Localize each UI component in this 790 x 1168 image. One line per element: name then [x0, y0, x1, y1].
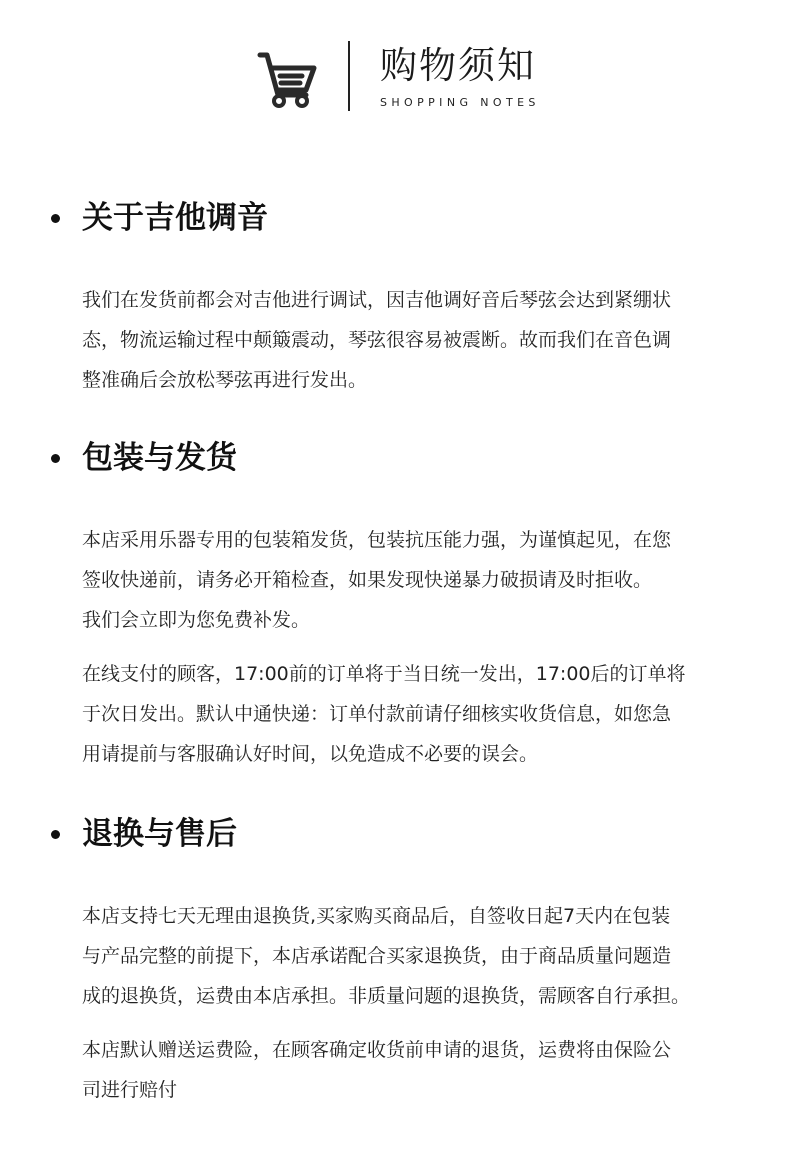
page-header: 购物须知 SHOPPING NOTES	[256, 40, 540, 112]
shopping-notes-page: 购物须知 SHOPPING NOTES 关于吉他调音 我们在发货前都会对吉他进行…	[0, 0, 790, 1168]
paragraph-line: 成的退换货，运费由本店承担。非质量问题的退换货，需顾客自行承担。	[82, 976, 750, 1016]
paragraph: 本店支持七天无理由退换货,买家购买商品后，自签收日起7天内在包装 与产品完整的前…	[0, 896, 790, 1016]
paragraph-line: 态，物流运输过程中颠簸震动，琴弦很容易被震断。故而我们在音色调	[82, 320, 750, 360]
section-heading-text: 包装与发货	[82, 440, 237, 476]
section-heading: 关于吉他调音	[0, 196, 790, 240]
paragraph: 本店默认赠送运费险，在顾客确定收货前申请的退货，运费将由保险公 司进行赔付	[0, 1030, 790, 1110]
header-divider	[348, 41, 350, 111]
section-heading-text: 退换与售后	[82, 816, 237, 852]
page-title: 购物须知	[380, 44, 540, 88]
paragraph: 在线支付的顾客，17:00前的订单将于当日统一发出，17:00后的订单将 于次日…	[0, 654, 790, 774]
paragraph-line: 我们在发货前都会对吉他进行调试，因吉他调好音后琴弦会达到紧绷状	[82, 280, 750, 320]
shopping-cart-icon	[256, 43, 318, 109]
paragraph-line: 于次日发出。默认中通快递：订单付款前请仔细核实收货信息，如您急	[82, 694, 750, 734]
section-heading: 包装与发货	[0, 436, 790, 480]
paragraph: 我们在发货前都会对吉他进行调试，因吉他调好音后琴弦会达到紧绷状 态，物流运输过程…	[0, 280, 790, 400]
section-packaging-shipping: 包装与发货 本店采用乐器专用的包装箱发货，包装抗压能力强，为谨慎起见，在您 签收…	[0, 436, 790, 774]
paragraph-line: 在线支付的顾客，17:00前的订单将于当日统一发出，17:00后的订单将	[82, 654, 750, 694]
page-subtitle: SHOPPING NOTES	[380, 96, 540, 109]
paragraph-line: 本店默认赠送运费险，在顾客确定收货前申请的退货，运费将由保险公	[82, 1030, 750, 1070]
section-returns-aftersales: 退换与售后 本店支持七天无理由退换货,买家购买商品后，自签收日起7天内在包装 与…	[0, 812, 790, 1110]
paragraph-line: 司进行赔付	[82, 1070, 750, 1110]
section-heading: 退换与售后	[0, 812, 790, 856]
paragraph-line: 本店支持七天无理由退换货,买家购买商品后，自签收日起7天内在包装	[82, 896, 750, 936]
paragraph-line: 用请提前与客服确认好时间，以免造成不必要的误会。	[82, 734, 750, 774]
paragraph-line: 本店采用乐器专用的包装箱发货，包装抗压能力强，为谨慎起见，在您	[82, 520, 750, 560]
bullet-icon	[51, 830, 60, 839]
paragraph-line: 签收快递前，请务必开箱检查，如果发现快递暴力破损请及时拒收。	[82, 560, 750, 600]
paragraph-line: 整准确后会放松琴弦再进行发出。	[82, 360, 750, 400]
bullet-icon	[51, 214, 60, 223]
paragraph-line: 与产品完整的前提下，本店承诺配合买家退换货，由于商品质量问题造	[82, 936, 750, 976]
bullet-icon	[51, 454, 60, 463]
paragraph-line: 我们会立即为您免费补发。	[82, 600, 750, 640]
title-block: 购物须知 SHOPPING NOTES	[380, 44, 540, 109]
section-heading-text: 关于吉他调音	[82, 200, 268, 236]
section-guitar-tuning: 关于吉他调音 我们在发货前都会对吉他进行调试，因吉他调好音后琴弦会达到紧绷状 态…	[0, 196, 790, 400]
paragraph: 本店采用乐器专用的包装箱发货，包装抗压能力强，为谨慎起见，在您 签收快递前，请务…	[0, 520, 790, 640]
